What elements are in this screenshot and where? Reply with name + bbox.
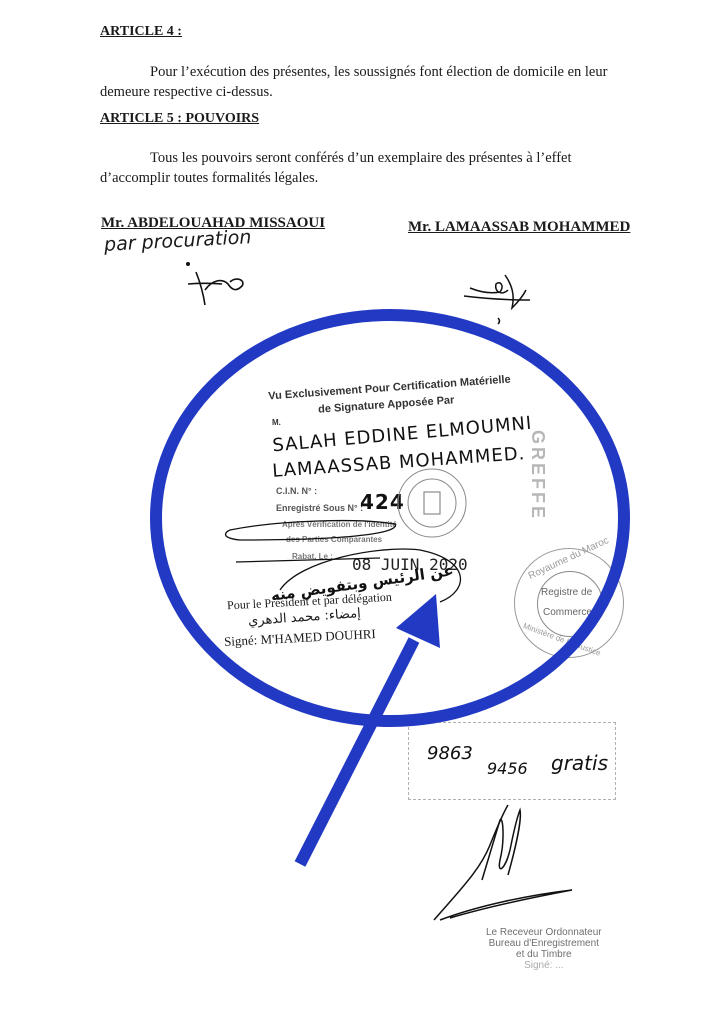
vertical-stamp: GREFFE: [527, 430, 548, 521]
certification-extra-2: des Parties Comparantes: [286, 535, 382, 544]
commerce-stamp: Royaume du Maroc Registre de Commerce Mi…: [514, 548, 624, 658]
receveur-line-3: et du Timbre: [486, 949, 602, 960]
article-4-body: Pour l’exécution des présentes, les sous…: [100, 62, 660, 102]
article-5-line-1: Tous les pouvoirs seront conférés d’un e…: [100, 148, 660, 168]
registration-number-2: 9456: [487, 759, 528, 778]
article-4-line-2: demeure respective ci-dessus.: [100, 82, 660, 102]
certification-extra-1: Après Vérification de l'Identité: [282, 520, 397, 529]
certification-date-label: Rabat, Le :: [292, 552, 333, 561]
certification-register-label: Enregistré Sous N° :: [276, 503, 363, 513]
receveur-line-4: Signé: ...: [486, 960, 602, 971]
article-4-heading: ARTICLE 4 :: [100, 24, 182, 40]
registration-box: 9863 9456 gratis: [408, 722, 616, 800]
left-signature: [187, 263, 243, 305]
right-signature: [464, 275, 530, 324]
commerce-stamp-inner-ring: [537, 571, 603, 637]
certification-register-number: 424: [360, 490, 405, 514]
certification-cin-label: C.I.N. N° :: [276, 486, 317, 496]
article-5-line-2: d’accomplir toutes formalités légales.: [100, 168, 660, 188]
registration-note: gratis: [551, 751, 608, 775]
commerce-stamp-line-2: Commerce: [543, 607, 592, 618]
article-5-heading: ARTICLE 5 : POUVOIRS: [100, 111, 259, 127]
certification-field-prefix: M.: [272, 418, 281, 427]
article-4-line-1: Pour l’exécution des présentes, les sous…: [100, 62, 660, 82]
annotation-circle: [156, 315, 624, 721]
article-5-body: Tous les pouvoirs seront conférés d’un e…: [100, 148, 660, 188]
right-signatory-name: Mr. LAMAASSAB MOHAMMED: [408, 219, 630, 236]
receveur-line-2: Bureau d'Enregistrement: [486, 938, 602, 949]
registration-number-1: 9863: [427, 743, 473, 764]
receveur-stamp: Le Receveur Ordonnateur Bureau d'Enregis…: [486, 927, 602, 971]
receveur-line-1: Le Receveur Ordonnateur: [486, 927, 602, 938]
certification-signed-by: Signé: M'HAMED DOUHRI: [224, 626, 376, 650]
commerce-stamp-line-1: Registre de: [541, 587, 592, 598]
administration-seal: [398, 469, 466, 537]
lower-signature: [434, 805, 572, 920]
